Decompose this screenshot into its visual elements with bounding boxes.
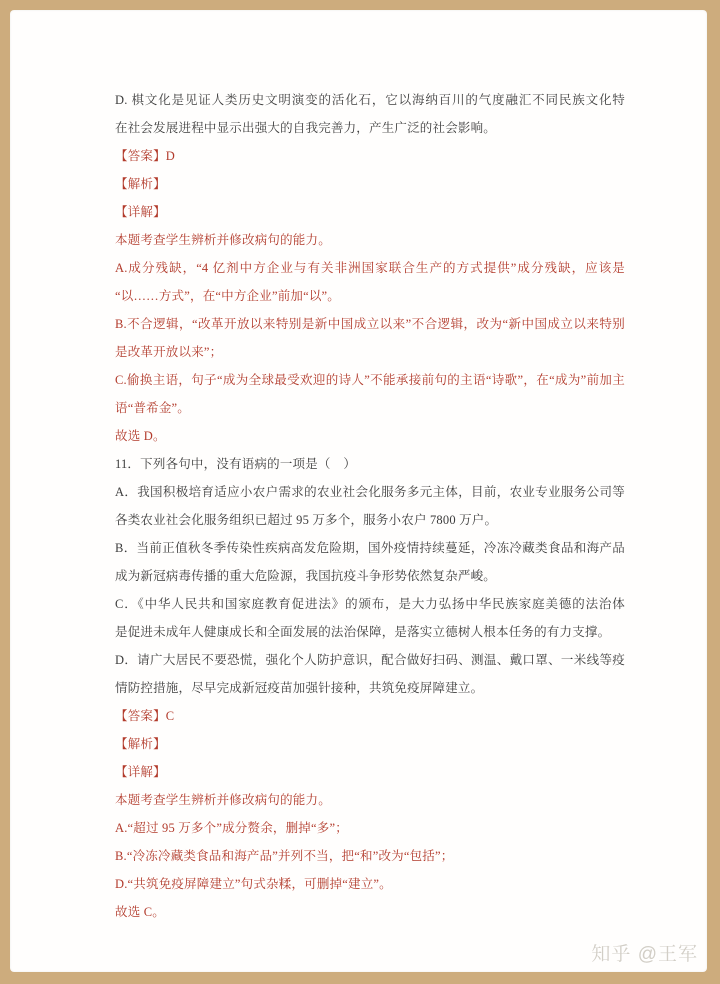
text-line: 【答案】D [115, 142, 625, 170]
text-line: 11．下列各句中，没有语病的一项是（ ） [115, 450, 625, 478]
text-line: 语“普希金”。 [115, 394, 625, 422]
text-line: 故选 D。 [115, 422, 625, 450]
text-line: 【详解】 [115, 198, 625, 226]
text-line: 是促进未成年人健康成长和全面发展的法治保障，是落实立德树人根本任务的有力支撑。 [115, 618, 625, 646]
text-line: A．我国积极培育适应小农户需求的农业社会化服务多元主体，目前，农业专业服务公司等 [115, 478, 625, 506]
text-line: B．当前正值秋冬季传染性疾病高发危险期，国外疫情持续蔓延，冷冻冷藏类食品和海产品 [115, 534, 625, 562]
text-line: 本题考查学生辨析并修改病句的能力。 [115, 786, 625, 814]
text-line: D．请广大居民不要恐慌，强化个人防护意识，配合做好扫码、测温、戴口罩、一米线等疫 [115, 646, 625, 674]
zhihu-watermark: 知乎 @王军 [591, 939, 698, 966]
text-line: 在社会发展进程中显示出强大的自我完善力，产生广泛的社会影响。 [115, 114, 625, 142]
text-line: A.成分残缺，“4 亿剂中方企业与有关非洲国家联合生产的方式提供”成分残缺，应该… [115, 254, 625, 282]
text-line: 是改革开放以来”； [115, 338, 625, 366]
text-line: B.“冷冻冷藏类食品和海产品”并列不当，把“和”改为“包括”； [115, 842, 625, 870]
document-text: D. 棋文化是见证人类历史文明演变的活化石，它以海纳百川的气度融汇不同民族文化特… [115, 86, 625, 926]
text-line: D. 棋文化是见证人类历史文明演变的活化石，它以海纳百川的气度融汇不同民族文化特… [115, 86, 625, 114]
text-line: C.偷换主语，句子“成为全球最受欢迎的诗人”不能承接前句的主语“诗歌”，在“成为… [115, 366, 625, 394]
text-line: 各类农业社会化服务组织已超过 95 万多个，服务小农户 7800 万户。 [115, 506, 625, 534]
text-line: C．《中华人民共和国家庭教育促进法》的颁布，是大力弘扬中华民族家庭美德的法治体现… [115, 590, 625, 618]
text-line: 【解析】 [115, 730, 625, 758]
text-line: 【答案】C [115, 702, 625, 730]
text-line: 本题考查学生辨析并修改病句的能力。 [115, 226, 625, 254]
text-line: “以……方式”，在“中方企业”前加“以”。 [115, 282, 625, 310]
text-line: 【解析】 [115, 170, 625, 198]
text-line: D.“共筑免疫屏障建立”句式杂糅，可删掉“建立”。 [115, 870, 625, 898]
page-background: { "page": { "frame_color": "#cdac7d", "p… [0, 0, 720, 984]
document-page: D. 棋文化是见证人类历史文明演变的活化石，它以海纳百川的气度融汇不同民族文化特… [10, 10, 707, 972]
text-line: 情防控措施，尽早完成新冠疫苗加强针接种，共筑免疫屏障建立。 [115, 674, 625, 702]
text-line: 【详解】 [115, 758, 625, 786]
text-line: 故选 C。 [115, 898, 625, 926]
text-line: 成为新冠病毒传播的重大危险源，我国抗疫斗争形势依然复杂严峻。 [115, 562, 625, 590]
text-line: B.不合逻辑，“改革开放以来特别是新中国成立以来”不合逻辑，改为“新中国成立以来… [115, 310, 625, 338]
text-line: A.“超过 95 万多个”成分赘余，删掉“多”； [115, 814, 625, 842]
